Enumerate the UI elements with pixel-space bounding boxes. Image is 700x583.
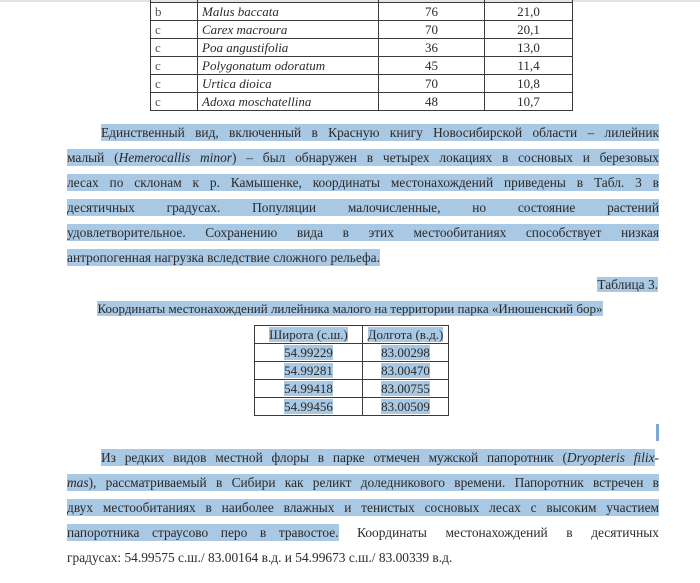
species-cell: Poa angustifolia — [198, 39, 379, 57]
group-cell: c — [151, 75, 198, 93]
table-row: 54.99418 83.00755 — [255, 380, 449, 398]
table-row: 54.99456 83.00509 — [255, 398, 449, 416]
table-row: c Carex macroura 70 20,1 — [151, 21, 573, 39]
species-cell: Carex macroura — [198, 21, 379, 39]
value2-cell: 10,8 — [485, 75, 573, 93]
text-line: mas), рассматриваемый в Сибири как релик… — [67, 474, 659, 499]
species-cell: Polygonatum odoratum — [198, 57, 379, 75]
table-row: c Urtica dioica 70 10,8 — [151, 75, 573, 93]
species-cell: Malus baccata — [198, 3, 379, 21]
value2-cell: 20,1 — [485, 21, 573, 39]
selected-text: Таблица 3. — [597, 277, 658, 292]
text-cursor — [656, 424, 659, 441]
text-line: малый (Hemerocallis minor) – был обнаруж… — [67, 149, 659, 174]
value1-cell: 48 — [379, 93, 485, 111]
longitude-cell: 83.00509 — [363, 398, 449, 416]
selected-text: 83.00298 — [381, 345, 430, 360]
text-line: Единственный вид, включенный в Красную к… — [67, 124, 659, 149]
selected-text: двух местообитаниях в наиболее влажных и… — [67, 499, 659, 516]
group-cell: c — [151, 57, 198, 75]
longitude-cell: 83.00470 — [363, 362, 449, 380]
value1-cell: 45 — [379, 57, 485, 75]
text-run: - — [655, 450, 659, 465]
table-row: b Malus baccata 76 21,0 — [151, 3, 573, 21]
selected-text: Из редких видов местной флоры в парке от… — [101, 449, 655, 466]
header-latitude: Широта (с.ш.) — [255, 326, 363, 344]
latin-name: Dryopteris filix — [567, 450, 655, 465]
selected-text: антропогенная нагрузка вследствие сложно… — [67, 249, 380, 266]
table-header-row: Широта (с.ш.) Долгота (в.д.) — [255, 326, 449, 344]
text-line: папоротника страусово перо в травостое. … — [67, 524, 659, 549]
text-line: десятичных градусах. Популяции малочисле… — [67, 199, 659, 224]
table-row: 54.99281 83.00470 — [255, 362, 449, 380]
table-caption: Координаты местонахождений лилейника мал… — [0, 300, 700, 318]
latin-name: Hemerocallis minor — [119, 150, 232, 165]
value2-cell: 11,4 — [485, 57, 573, 75]
selected-text: 54.99281 — [284, 363, 333, 378]
text-run: ), рассматриваемый в Сибири как реликт д… — [89, 475, 659, 490]
selected-text: 83.00509 — [381, 399, 430, 414]
selected-text: малый (Hemerocallis minor) – был обнаруж… — [67, 149, 659, 166]
table-row: c Polygonatum odoratum 45 11,4 — [151, 57, 573, 75]
selected-text: Долгота (в.д.) — [368, 327, 444, 342]
text-line: Из редких видов местной флоры в парке от… — [67, 449, 659, 474]
text-line: удовлетворительное. Сохранению вида в эт… — [67, 224, 659, 249]
value2-cell: 21,0 — [485, 3, 573, 21]
group-cell: c — [151, 93, 198, 111]
latitude-cell: 54.99281 — [255, 362, 363, 380]
longitude-cell: 83.00298 — [363, 344, 449, 362]
value2-cell: 10,7 — [485, 93, 573, 111]
table-number-label: Таблица 3. — [597, 276, 658, 294]
paragraph-hemerocallis[interactable]: Единственный вид, включенный в Красную к… — [67, 124, 659, 274]
table-row: c Poa angustifolia 36 13,0 — [151, 39, 573, 57]
selected-text: удовлетворительное. Сохранению вида в эт… — [67, 224, 659, 241]
text-run: градусах: 54.99575 с.ш./ 83.00164 в.д. и… — [67, 550, 452, 565]
selected-text: папоротника страусово перо в травостое. — [67, 524, 339, 541]
table-row: 54.99229 83.00298 — [255, 344, 449, 362]
latin-name: mas — [67, 475, 89, 490]
text-line: двух местообитаниях в наиболее влажных и… — [67, 499, 659, 524]
text-run: ) – был обнаружен в четырех локациях в с… — [232, 150, 659, 165]
species-cell: Adoxa moschatellina — [198, 93, 379, 111]
header-longitude: Долгота (в.д.) — [363, 326, 449, 344]
selected-text: лесах по склонам к р. Камышенке, координ… — [67, 174, 659, 191]
text-run: Координаты местонахождений в десятичных — [339, 525, 660, 540]
selected-text: 83.00470 — [381, 363, 430, 378]
selected-text: десятичных градусах. Популяции малочисле… — [67, 199, 659, 216]
group-cell: c — [151, 21, 198, 39]
latitude-cell: 54.99456 — [255, 398, 363, 416]
coordinates-table: Широта (с.ш.) Долгота (в.д.) 54.99229 83… — [254, 325, 449, 416]
group-cell: b — [151, 3, 198, 21]
value1-cell: 76 — [379, 3, 485, 21]
value2-cell: 13,0 — [485, 39, 573, 57]
species-table: b Malus baccata 76 21,0 c Carex macroura… — [150, 0, 573, 111]
latitude-cell: 54.99229 — [255, 344, 363, 362]
selected-text: 54.99418 — [284, 381, 333, 396]
table-row: c Adoxa moschatellina 48 10,7 — [151, 93, 573, 111]
selected-text: 54.99229 — [284, 345, 333, 360]
selected-text: Единственный вид, включенный в Красную к… — [101, 124, 659, 141]
latitude-cell: 54.99418 — [255, 380, 363, 398]
selected-text: 54.99456 — [284, 399, 333, 414]
value1-cell: 36 — [379, 39, 485, 57]
value1-cell: 70 — [379, 21, 485, 39]
group-cell: c — [151, 39, 198, 57]
species-cell: Urtica dioica — [198, 75, 379, 93]
selected-text: mas), рассматриваемый в Сибири как релик… — [67, 474, 659, 491]
selected-text: Широта (с.ш.) — [269, 327, 348, 342]
selected-text: 83.00755 — [381, 381, 430, 396]
text-line: антропогенная нагрузка вследствие сложно… — [67, 249, 659, 274]
text-line: градусах: 54.99575 с.ш./ 83.00164 в.д. и… — [67, 549, 659, 574]
text-run: Из редких видов местной флоры в парке от… — [101, 450, 567, 465]
longitude-cell: 83.00755 — [363, 380, 449, 398]
value1-cell: 70 — [379, 75, 485, 93]
selected-text: Координаты местонахождений лилейника мал… — [97, 301, 602, 316]
text-run: малый ( — [67, 150, 119, 165]
paragraph-dryopteris[interactable]: Из редких видов местной флоры в парке от… — [67, 449, 659, 574]
text-line: лесах по склонам к р. Камышенке, координ… — [67, 174, 659, 199]
